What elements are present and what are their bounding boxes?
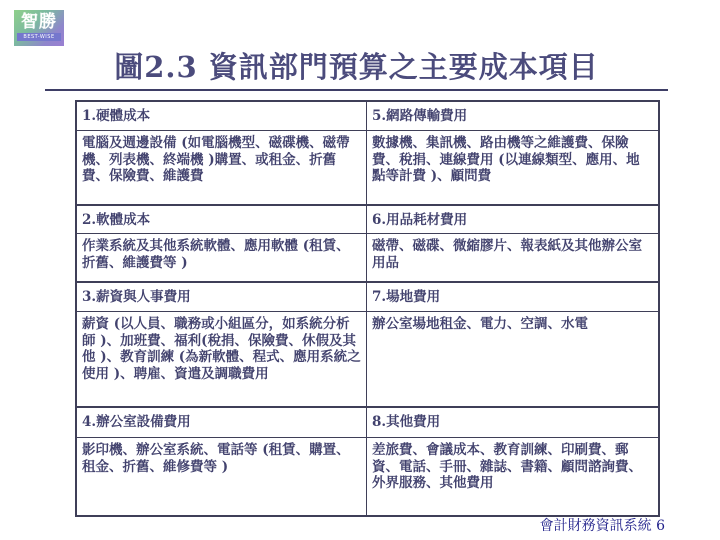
table-body-salary-cost: 薪資 (以人員、職務或小組區分，如系統分析師 )、加班費、福利(稅捐、保險費、休… xyxy=(77,312,367,408)
table-body-supplies-cost: 磁帶、磁碟、微縮膠片、報表紙及其他辦公室用品 xyxy=(367,234,658,283)
table-header-supplies-cost: 6.用品耗材費用 xyxy=(367,206,658,234)
table-header-other-cost: 8.其他費用 xyxy=(367,408,658,438)
slide: 智勝 BEST-WISE 圖2.3 資訊部門預算之主要成本項目 1.硬體成本 5… xyxy=(0,0,720,540)
slide-title: 圖2.3 資訊部門預算之主要成本項目 xyxy=(114,50,599,84)
footer-course-label: 會計財務資訊系統 6 xyxy=(540,517,665,535)
table-header-salary-cost: 3.薪資與人事費用 xyxy=(77,283,367,312)
publisher-logo-subtext: BEST-WISE xyxy=(17,33,61,41)
table-header-hardware-cost: 1.硬體成本 xyxy=(77,102,367,131)
table-body-facility-cost: 辦公室場地租金、電力、空調、水電 xyxy=(367,312,658,408)
cost-items-table: 1.硬體成本 5.網路傳輸費用 電腦及週邊設備 (如電腦機型、磁碟機、磁帶機、列… xyxy=(75,100,660,517)
table-body-software-cost: 作業系統及其他系統軟體、應用軟體 (租賃、折舊、維護費等 ) xyxy=(77,234,367,283)
title-underline xyxy=(45,89,668,91)
table-body-hardware-cost: 電腦及週邊設備 (如電腦機型、磁碟機、磁帶機、列表機、終端機 )購置、或租金、折… xyxy=(77,131,367,206)
slide-title-wrap: 圖2.3 資訊部門預算之主要成本項目 xyxy=(45,50,668,84)
table-body-network-cost: 數據機、集訊機、路由機等之維護費、保險費、稅捐、連線費用 (以連線類型、應用、地… xyxy=(367,131,658,206)
table-header-office-equipment-cost: 4.辦公室設備費用 xyxy=(77,408,367,438)
table-body-other-cost: 差旅費、會議成本、教育訓練、印刷費、郵資、電話、手冊、雜誌、書籍、顧問諮詢費、外… xyxy=(367,438,658,515)
publisher-logo: 智勝 BEST-WISE xyxy=(14,10,64,46)
table-header-network-cost: 5.網路傳輸費用 xyxy=(367,102,658,131)
table-header-facility-cost: 7.場地費用 xyxy=(367,283,658,312)
table-body-office-equipment-cost: 影印機、辦公室系統、電話等 (租賃、購置、租金、折舊、維修費等 ) xyxy=(77,438,367,515)
publisher-logo-text: 智勝 xyxy=(21,11,57,33)
table-header-software-cost: 2.軟體成本 xyxy=(77,206,367,234)
